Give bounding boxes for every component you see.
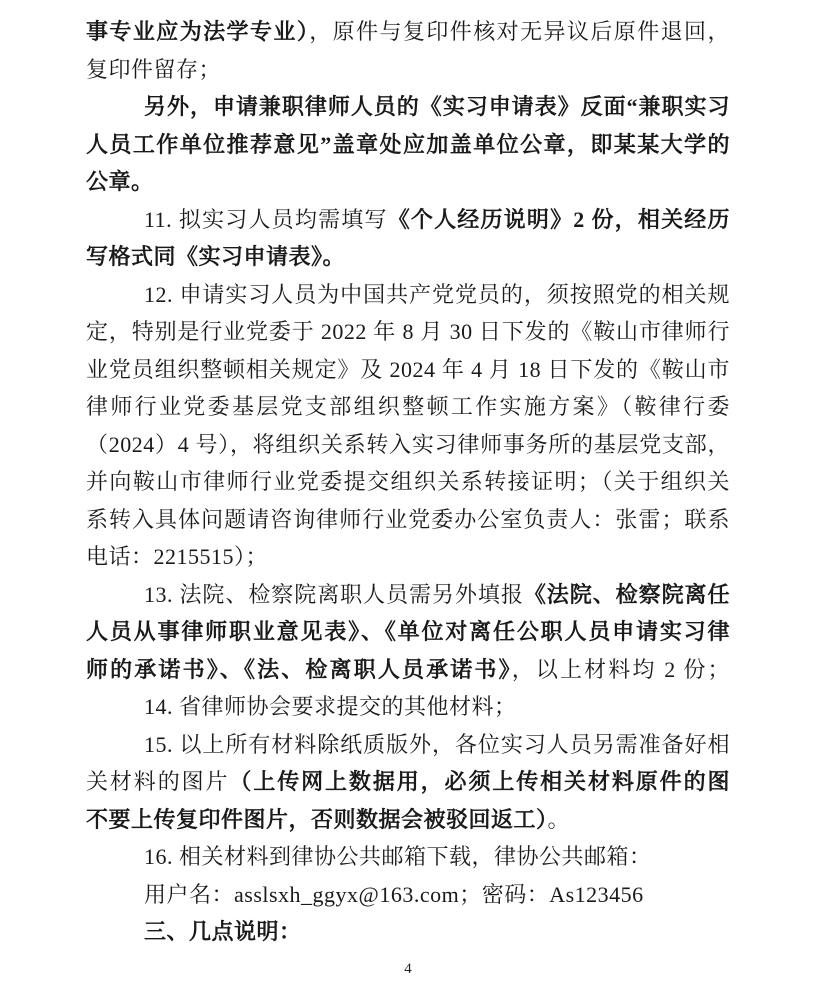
text-segment: 写格式同《实习申请表》。 bbox=[86, 244, 345, 269]
text-line: 复印件留存； bbox=[86, 51, 730, 89]
text-segment: 15. 以上所有材料除纸质版外，各位实习人员另需准备好相 bbox=[144, 732, 730, 757]
text-segment: 人员工作单位推荐意见”盖章处应加盖单位公章，即某某大学的 bbox=[86, 132, 730, 157]
document-body: 事专业应为法学专业），原件与复印件核对无异议后原件退回，复印件留存；另外，申请兼… bbox=[86, 13, 730, 951]
text-segment: 不要上传复印件图片，否则数据会被驳回返工） bbox=[86, 807, 548, 832]
text-line: 14. 省律师协会要求提交的其他材料； bbox=[86, 688, 730, 726]
text-segment: （2024）4 号），将组织关系转入实习律师事务所的基层党支部， bbox=[86, 432, 730, 457]
text-line: 写格式同《实习申请表》。 bbox=[86, 238, 730, 276]
text-line: 11. 拟实习人员均需填写《个人经历说明》2 份，相关经历填 bbox=[86, 201, 730, 239]
text-segment: 11. 拟实习人员均需填写 bbox=[144, 207, 388, 232]
document-page: 事专业应为法学专业），原件与复印件核对无异议后原件退回，复印件留存；另外，申请兼… bbox=[0, 0, 816, 1000]
text-segment: 事专业应为法学专业） bbox=[86, 19, 309, 44]
text-line: 三、几点说明： bbox=[86, 913, 730, 951]
text-line: 13. 法院、检察院离职人员需另外填报《法院、检察院离任 bbox=[86, 576, 730, 614]
text-segment: 师的承诺书》、《法、检离职人员承诺书》 bbox=[86, 657, 512, 682]
text-line: 另外，申请兼职律师人员的《实习申请表》反面“兼职实习 bbox=[86, 88, 730, 126]
text-segment: 业党员组织整顿相关规定》及 2024 年 4 月 18 日下发的《鞍山市 bbox=[86, 357, 730, 382]
text-line: 业党员组织整顿相关规定》及 2024 年 4 月 18 日下发的《鞍山市 bbox=[86, 351, 730, 389]
text-line: 系转入具体问题请咨询律师行业党委办公室负责人：张雷；联系 bbox=[86, 501, 730, 539]
text-segment: 12. 申请实习人员为中国共产党党员的，须按照党的相关规 bbox=[144, 282, 730, 307]
page-number: 4 bbox=[0, 957, 816, 981]
text-line: 师的承诺书》、《法、检离职人员承诺书》，以上材料均 2 份； bbox=[86, 651, 730, 689]
text-segment: 《法院、检察院离任 bbox=[524, 582, 730, 607]
text-segment: 13. 法院、检察院离职人员需另外填报 bbox=[144, 582, 524, 607]
text-segment: ，原件与复印件核对无异议后原件退回， bbox=[309, 19, 730, 44]
text-segment: 三、几点说明： bbox=[144, 919, 302, 944]
text-segment: 。 bbox=[548, 807, 571, 832]
text-line: 15. 以上所有材料除纸质版外，各位实习人员另需准备好相 bbox=[86, 726, 730, 764]
text-line: （2024）4 号），将组织关系转入实习律师事务所的基层党支部， bbox=[86, 426, 730, 464]
text-line: 并向鞍山市律师行业党委提交组织关系转接证明；（关于组织关 bbox=[86, 463, 730, 501]
text-segment: 用户名：asslsxh_ggyx@163.com；密码：As123456 bbox=[144, 882, 644, 907]
text-line: 人员工作单位推荐意见”盖章处应加盖单位公章，即某某大学的 bbox=[86, 126, 730, 164]
text-line: 事专业应为法学专业），原件与复印件核对无异议后原件退回， bbox=[86, 13, 730, 51]
text-line: 用户名：asslsxh_ggyx@163.com；密码：As123456 bbox=[86, 876, 730, 914]
text-line: 16. 相关材料到律协公共邮箱下载，律协公共邮箱： bbox=[86, 838, 730, 876]
text-segment: 系转入具体问题请咨询律师行业党委办公室负责人：张雷；联系 bbox=[86, 507, 730, 532]
text-line: 关材料的图片（上传网上数据用，必须上传相关材料原件的图片； bbox=[86, 763, 730, 801]
text-segment: 关材料的图片 bbox=[86, 769, 229, 794]
text-line: 公章。 bbox=[86, 163, 730, 201]
text-segment: 人员从事律师职业意见表》、《单位对离任公职人员申请实习律 bbox=[86, 619, 730, 644]
text-segment: 定，特别是行业党委于 2022 年 8 月 30 日下发的《鞍山市律师行 bbox=[86, 319, 730, 344]
text-segment: 复印件留存； bbox=[86, 57, 221, 82]
text-segment: 并向鞍山市律师行业党委提交组织关系转接证明；（关于组织关 bbox=[86, 469, 730, 494]
text-segment: 电话：2215515）； bbox=[86, 544, 268, 569]
text-line: 人员从事律师职业意见表》、《单位对离任公职人员申请实习律 bbox=[86, 613, 730, 651]
text-segment: 律师行业党委基层党支部组织整顿工作实施方案》（鞍律行委 bbox=[86, 394, 730, 419]
text-segment: 公章。 bbox=[86, 169, 154, 194]
text-segment: ，以上材料均 2 份； bbox=[512, 657, 730, 682]
text-segment: 16. 相关材料到律协公共邮箱下载，律协公共邮箱： bbox=[144, 844, 652, 869]
text-line: 不要上传复印件图片，否则数据会被驳回返工）。 bbox=[86, 801, 730, 839]
text-line: 律师行业党委基层党支部组织整顿工作实施方案》（鞍律行委 bbox=[86, 388, 730, 426]
text-line: 定，特别是行业党委于 2022 年 8 月 30 日下发的《鞍山市律师行 bbox=[86, 313, 730, 351]
text-line: 12. 申请实习人员为中国共产党党员的，须按照党的相关规 bbox=[86, 276, 730, 314]
text-segment: 14. 省律师协会要求提交的其他材料； bbox=[144, 694, 517, 719]
text-segment: 另外，申请兼职律师人员的《实习申请表》反面“兼职实习 bbox=[144, 94, 730, 119]
text-line: 电话：2215515）； bbox=[86, 538, 730, 576]
